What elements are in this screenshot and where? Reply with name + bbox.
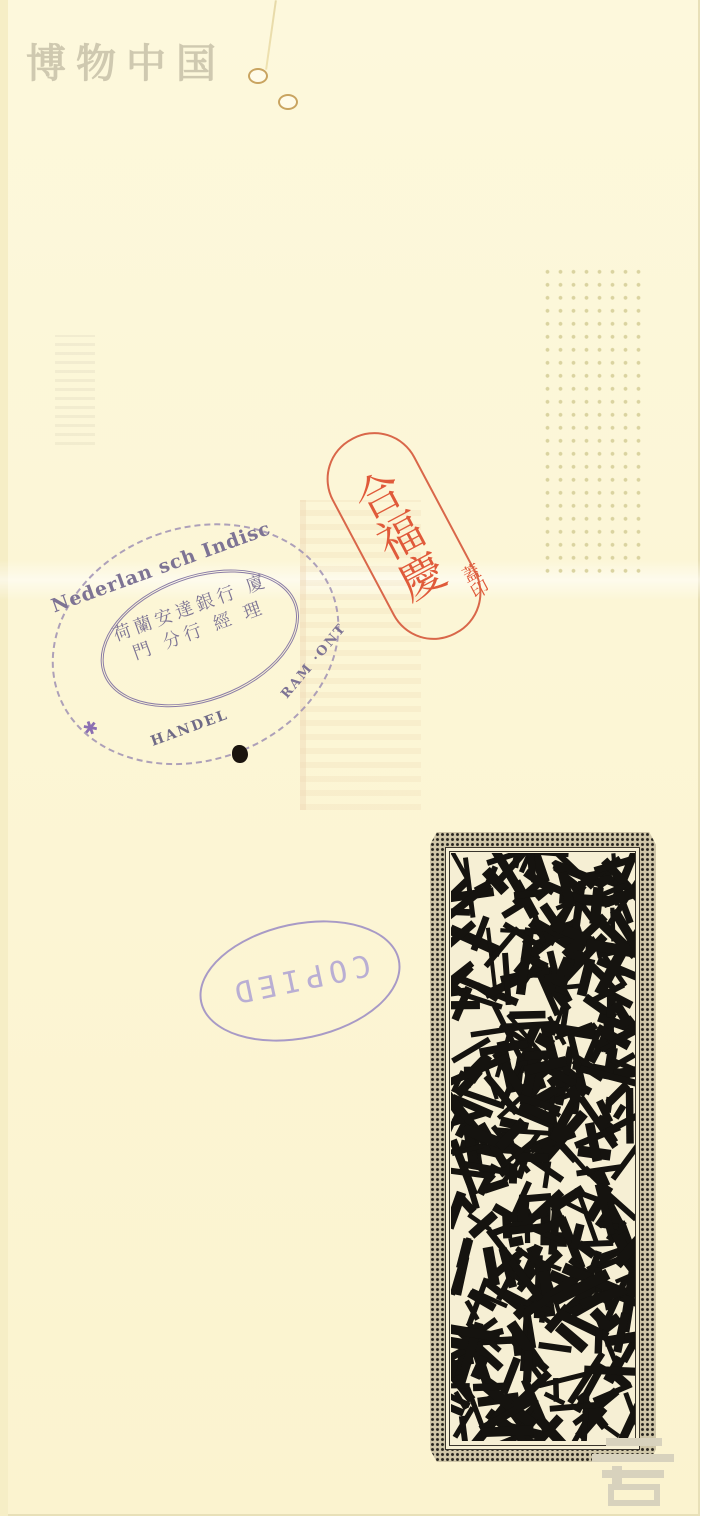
watermark-text: 博物中国 xyxy=(26,32,226,89)
faded-print-left xyxy=(55,335,95,445)
document-paper: 博物中国 合福慶 蓋印 Nederlan sch Indisc 荷蘭安達銀行 廈… xyxy=(0,0,700,1516)
abstract-calligraphy-pattern xyxy=(437,839,649,1455)
paper-edge xyxy=(0,0,8,1516)
copied-stamp: COPIED xyxy=(188,903,412,1059)
corner-logo-icon xyxy=(592,1426,674,1508)
embossed-dot-grid xyxy=(541,264,643,576)
thread-mark xyxy=(265,0,277,70)
copied-stamp-text: COPIED xyxy=(198,941,401,1017)
pin-hole-icon xyxy=(278,94,298,110)
pin-hole-icon xyxy=(248,68,268,84)
security-pattern-panel xyxy=(430,832,656,1462)
ink-blot xyxy=(232,745,248,763)
